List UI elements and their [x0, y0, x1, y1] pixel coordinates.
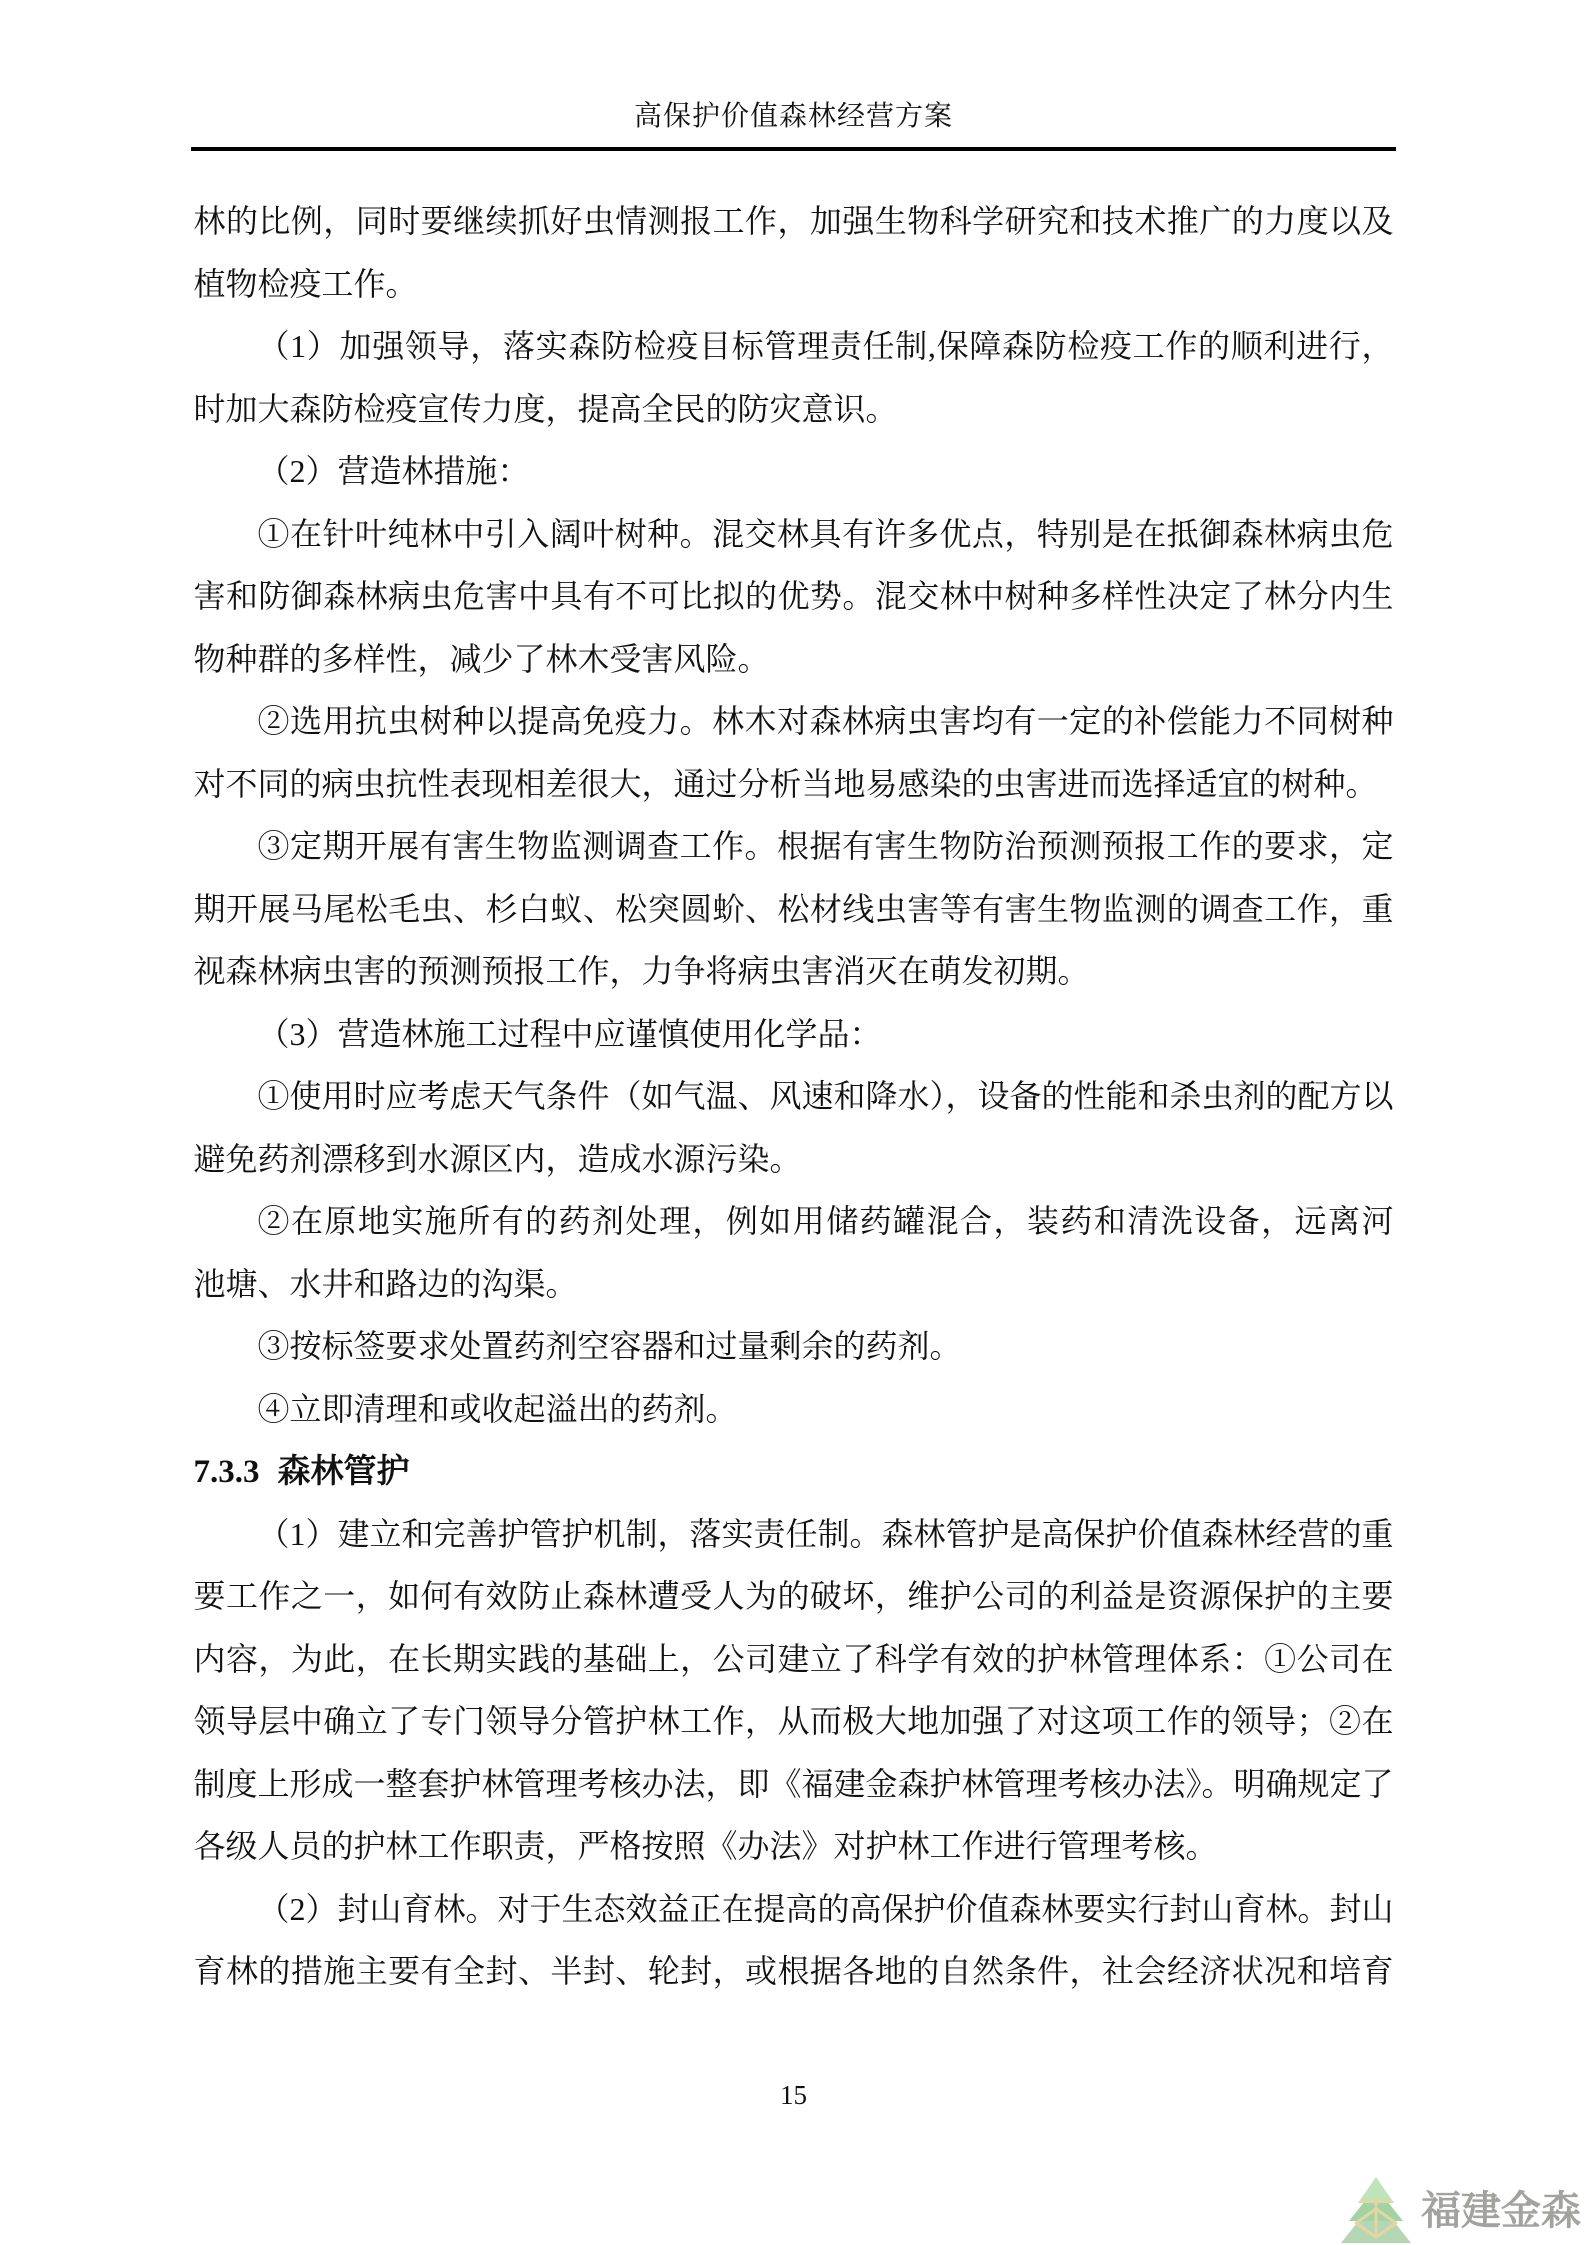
body-line: （2）封山育林。对于生态效益正在提高的高保护价值森林要实行封山育林。封山 — [194, 1878, 1394, 1941]
body-line: ③按标签要求处置药剂空容器和过量剩余的药剂。 — [194, 1315, 1394, 1378]
body-line: 各级人员的护林工作职责，严格按照《办法》对护林工作进行管理考核。 — [194, 1815, 1394, 1878]
header-rule — [191, 147, 1396, 151]
body-line: 避免药剂漂移到水源区内，造成水源污染。 — [194, 1128, 1394, 1191]
pine-tree-icon — [1339, 2175, 1413, 2245]
body-line: 要工作之一，如何有效防止森林遭受人为的破坏，维护公司的利益是资源保护的主要 — [194, 1565, 1394, 1628]
body-line: 内容，为此，在长期实践的基础上，公司建立了科学有效的护林管理体系：①公司在 — [194, 1628, 1394, 1691]
body-line: ③定期开展有害生物监测调查工作。根据有害生物防治预测预报工作的要求，定 — [194, 815, 1394, 878]
page-number: 15 — [0, 2080, 1587, 2111]
body-line: 育林的措施主要有全封、半封、轮封，或根据各地的自然条件，社会经济状况和培育 — [194, 1940, 1394, 2003]
body-line: 制度上形成一整套护林管理考核办法，即《福建金森护林管理考核办法》。明确规定了 — [194, 1753, 1394, 1816]
body-line: ②选用抗虫树种以提高免疫力。林木对森林病虫害均有一定的补偿能力不同树种 — [194, 690, 1394, 753]
body-line: （2）营造林措施： — [194, 440, 1394, 503]
body-line: 视森林病虫害的预测预报工作，力争将病虫害消灭在萌发初期。 — [194, 940, 1394, 1003]
body-line: ①在针叶纯林中引入阔叶树种。混交林具有许多优点，特别是在抵御森林病虫危 — [194, 503, 1394, 566]
body-line: 林的比例，同时要继续抓好虫情测报工作，加强生物科学研究和技术推广的力度以及 — [194, 190, 1394, 253]
company-logo-text: 福建金森 — [1421, 2191, 1581, 2231]
page-header-title: 高保护价值森林经营方案 — [0, 0, 1587, 137]
document-body: 林的比例，同时要继续抓好虫情测报工作，加强生物科学研究和技术推广的力度以及 植物… — [194, 190, 1394, 2003]
body-line: 领导层中确立了专门领导分管护林工作，从而极大地加强了对这项工作的领导；②在 — [194, 1690, 1394, 1753]
body-line: 时加大森防检疫宣传力度，提高全民的防灾意识。 — [194, 378, 1394, 441]
document-page: 高保护价值森林经营方案 林的比例，同时要继续抓好虫情测报工作，加强生物科学研究和… — [0, 0, 1587, 2245]
body-line: ④立即清理和或收起溢出的药剂。 — [194, 1378, 1394, 1441]
body-line: 害和防御森林病虫危害中具有不可比拟的优势。混交林中树种多样性决定了林分内生 — [194, 565, 1394, 628]
body-line: 物种群的多样性，减少了林木受害风险。 — [194, 628, 1394, 691]
body-line: ②在原地实施所有的药剂处理，例如用储药罐混合，装药和清洗设备，远离河流、 — [194, 1190, 1394, 1253]
body-line: （1）建立和完善护管护机制，落实责任制。森林管护是高保护价值森林经营的重 — [194, 1503, 1394, 1566]
company-logo: 福建金森 — [1339, 2175, 1581, 2245]
body-line: （3）营造林施工过程中应谨慎使用化学品： — [194, 1003, 1394, 1066]
body-line: 期开展马尾松毛虫、杉白蚁、松突圆蚧、松材线虫害等有害生物监测的调查工作，重 — [194, 878, 1394, 941]
body-line: 对不同的病虫抗性表现相差很大，通过分析当地易感染的虫害进而选择适宜的树种。 — [194, 753, 1394, 816]
body-line: ①使用时应考虑天气条件（如气温、风速和降水），设备的性能和杀虫剂的配方以 — [194, 1065, 1394, 1128]
section-title: 森林管护 — [278, 1452, 410, 1489]
section-heading: 7.3.3森林管护 — [194, 1440, 1394, 1503]
body-line: 池塘、水井和路边的沟渠。 — [194, 1253, 1394, 1316]
body-line: 植物检疫工作。 — [194, 253, 1394, 316]
section-number: 7.3.3 — [194, 1454, 260, 1490]
body-line: （1）加强领导，落实森防检疫目标管理责任制,保障森防检疫工作的顺利进行，同 — [194, 315, 1394, 378]
